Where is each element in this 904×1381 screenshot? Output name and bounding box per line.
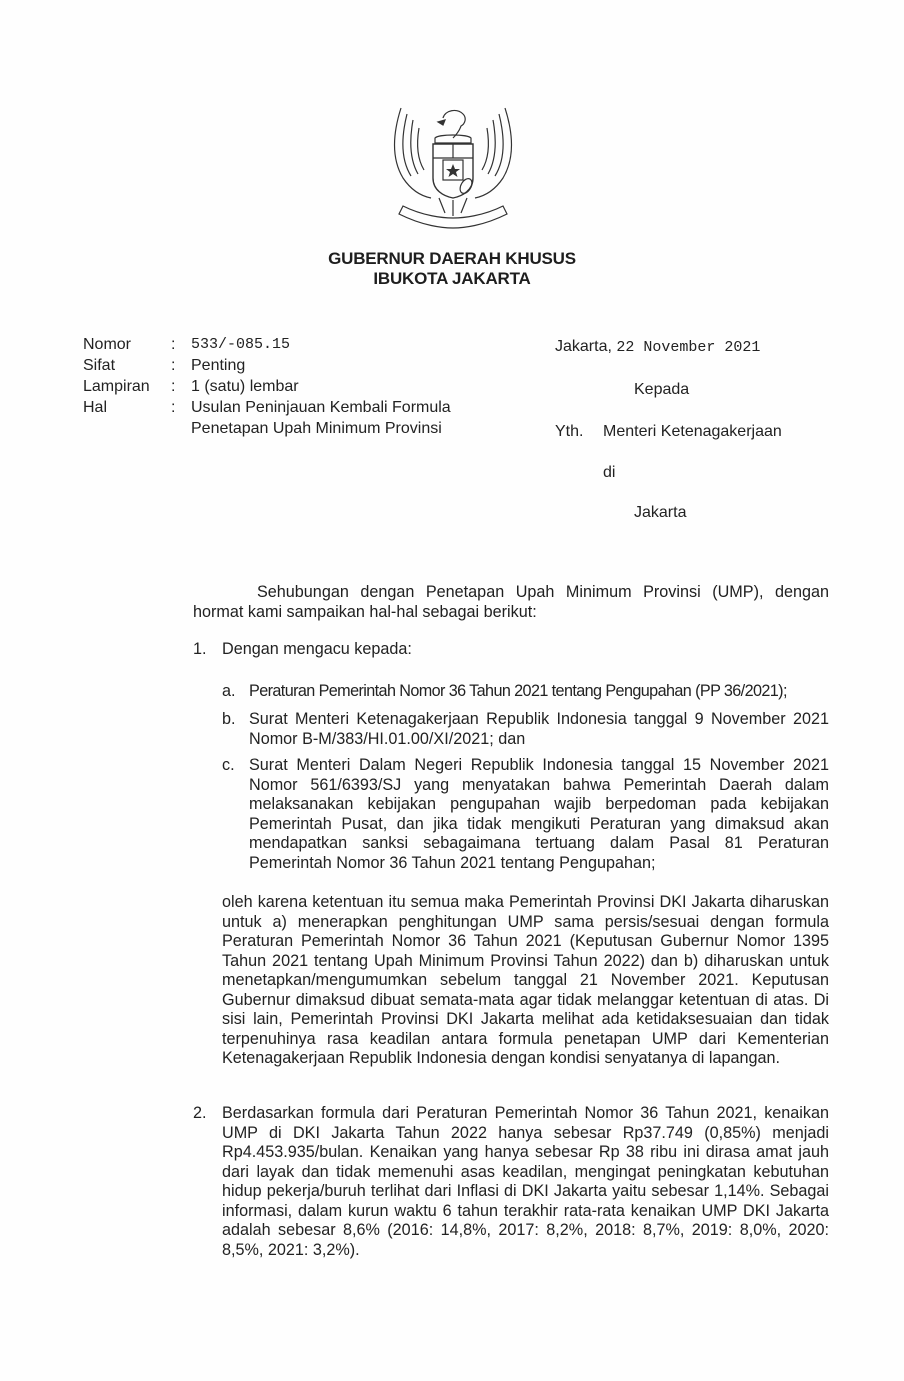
recipient-kepada: Kepada [634, 381, 689, 399]
recipient-name: Menteri Ketenagakerjaan [603, 423, 782, 440]
item-number-1: 1. [193, 640, 207, 659]
meta-row-nomor: Nomor : 533/-085.15 [83, 334, 481, 355]
meta-colon: : [171, 355, 191, 376]
subitem-text: Surat Menteri Dalam Negeri Republik Indo… [249, 756, 829, 873]
letterhead-title-line1: GUBERNUR DAERAH KHUSUS [0, 249, 904, 269]
subitem-text: Peraturan Pemerintah Nomor 36 Tahun 2021… [249, 682, 829, 702]
letter-meta: Nomor : 533/-085.15 Sifat : Penting Lamp… [83, 334, 481, 439]
meta-label: Hal [83, 397, 171, 439]
letter-date: 22 November 2021 [616, 339, 760, 356]
meta-colon: : [171, 334, 191, 355]
place: Jakarta, [555, 338, 612, 355]
subitem-letter: b. [222, 710, 236, 730]
item-number-2: 2. [193, 1104, 207, 1123]
place-date: Jakarta, 22 November 2021 [555, 338, 760, 356]
subitem-text: Surat Menteri Ketenagakerjaan Republik I… [249, 710, 829, 749]
meta-value-sifat: Penting [191, 355, 481, 376]
meta-colon: : [171, 397, 191, 439]
letter-page: GUBERNUR DAERAH KHUSUS IBUKOTA JAKARTA N… [0, 0, 904, 1381]
meta-colon: : [171, 376, 191, 397]
subitem-a: a. Peraturan Pemerintah Nomor 36 Tahun 2… [222, 682, 829, 702]
meta-value-hal: Usulan Peninjauan Kembali Formula Peneta… [191, 397, 481, 439]
subitem-c: c. Surat Menteri Dalam Negeri Republik I… [222, 756, 829, 873]
item-text-1: Dengan mengacu kepada: [222, 640, 829, 660]
recipient-location: Jakarta [634, 504, 686, 522]
meta-row-hal: Hal : Usulan Peninjauan Kembali Formula … [83, 397, 481, 439]
item-1-closing-paragraph: oleh karena ketentuan itu semua maka Pem… [222, 893, 829, 1069]
recipient-line: Yth.Menteri Ketenagakerjaan [555, 423, 782, 441]
garuda-emblem-icon [383, 98, 523, 233]
recipient-di: di [603, 464, 615, 482]
subitem-letter: a. [222, 682, 236, 702]
intro-paragraph: Sehubungan dengan Penetapan Upah Minimum… [193, 583, 829, 622]
recipient-yth: Yth. [555, 423, 603, 441]
letterhead-title-line2: IBUKOTA JAKARTA [0, 269, 904, 289]
meta-row-lampiran: Lampiran : 1 (satu) lembar [83, 376, 481, 397]
subitem-letter: c. [222, 756, 235, 776]
meta-label: Sifat [83, 355, 171, 376]
meta-value-nomor: 533/-085.15 [191, 334, 481, 355]
item-text-2: Berdasarkan formula dari Peraturan Pemer… [222, 1104, 829, 1260]
meta-label: Lampiran [83, 376, 171, 397]
meta-value-lampiran: 1 (satu) lembar [191, 376, 481, 397]
meta-label: Nomor [83, 334, 171, 355]
meta-row-sifat: Sifat : Penting [83, 355, 481, 376]
subitem-b: b. Surat Menteri Ketenagakerjaan Republi… [222, 710, 829, 749]
